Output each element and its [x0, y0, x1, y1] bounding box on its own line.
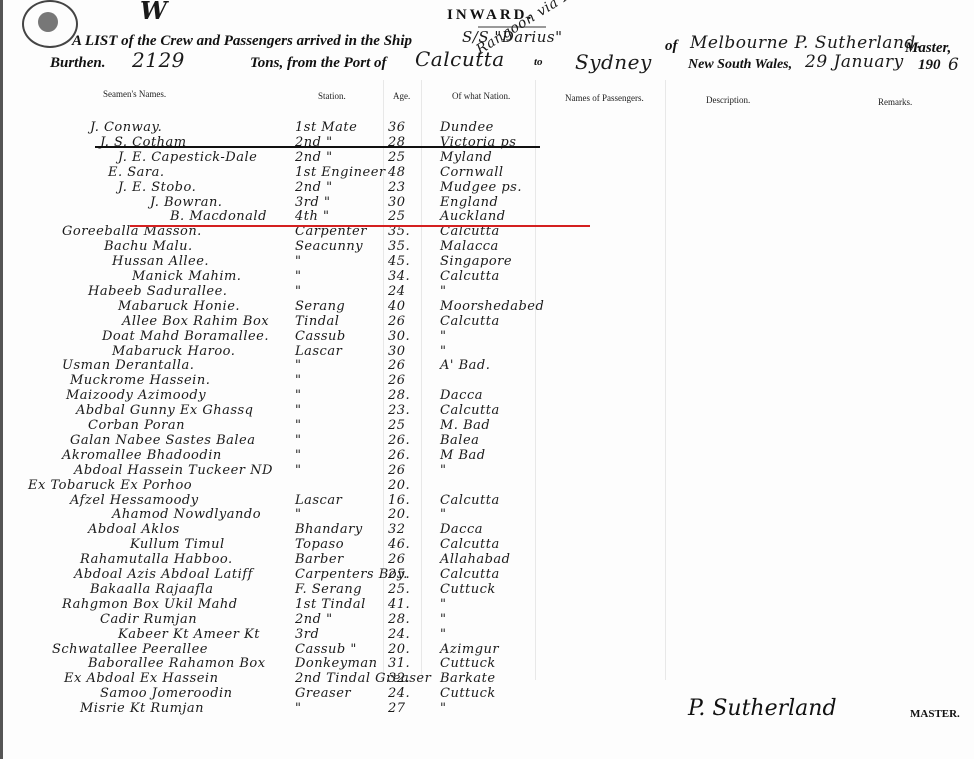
nation: Malacca	[440, 239, 499, 254]
handwritten-mark: W	[140, 0, 167, 25]
station: Tindal	[295, 314, 339, 329]
to-port: Sydney	[575, 50, 652, 74]
age: 30.	[388, 329, 410, 344]
seaman-name: Abdbal Gunny Ex Ghassq	[76, 403, 254, 418]
nation: Calcutta	[440, 537, 500, 552]
home-port: Melbourne P. Sutherland.	[690, 33, 922, 53]
table-row: Akromallee Bhadoodin"26.M Bad	[0, 448, 600, 464]
station: 2nd "	[295, 150, 333, 165]
age: 26	[388, 463, 406, 478]
seaman-name: Galan Nabee Sastes Balea	[70, 433, 255, 448]
station: 4th "	[295, 209, 329, 224]
age: 30	[388, 195, 406, 210]
year-suffix: 6	[948, 55, 959, 75]
col-passenger-names: Names of Passengers.	[565, 93, 644, 103]
age: 48	[388, 165, 406, 180]
station: 1st Engineer	[295, 165, 386, 180]
seaman-name: Abdoal Azis Abdoal Latiff	[74, 567, 253, 582]
column-divider	[665, 80, 666, 680]
table-row: E. Sara.1st Engineer48Cornwall	[0, 165, 600, 181]
table-row: Habeeb Sadurallee."24"	[0, 284, 600, 300]
seaman-name: Bakaalla Rajaafla	[90, 582, 213, 597]
col-station: Station.	[318, 91, 346, 101]
table-row: Abdbal Gunny Ex Ghassq"23.Calcutta	[0, 403, 600, 419]
station: Barber	[295, 552, 344, 567]
age: 32.	[388, 671, 410, 686]
age: 26.	[388, 448, 410, 463]
table-row: J. E. Stobo.2nd "23Mudgee ps.	[0, 180, 600, 196]
seaman-name: J. E. Stobo.	[118, 180, 196, 195]
col-description: Description.	[706, 95, 750, 105]
table-row: J. Bowran.3rd "30England	[0, 195, 600, 211]
nation: Dacca	[440, 388, 483, 403]
seaman-name: J. Conway.	[90, 120, 162, 135]
nation: Dundee	[440, 120, 494, 135]
station: "	[295, 701, 301, 716]
nation: Myland	[440, 150, 492, 165]
age: 20.	[388, 507, 410, 522]
of-label: of	[665, 38, 678, 55]
station: Carpenter	[295, 224, 367, 239]
nation: Mudgee ps.	[440, 180, 522, 195]
table-row: J. S. Cotham2nd "28Victoria ps	[0, 135, 600, 151]
station: "	[295, 448, 301, 463]
seaman-name: Rahgmon Box Ukil Mahd	[62, 597, 238, 612]
nation: Cuttuck	[440, 656, 496, 671]
station: "	[295, 254, 301, 269]
station: 3rd	[295, 627, 319, 642]
table-row: Mabaruck Haroo.Lascar30"	[0, 344, 600, 360]
table-row: J. Conway.1st Mate36Dundee	[0, 120, 600, 136]
age: 34.	[388, 269, 410, 284]
seaman-name: Doat Mahd Boramallee.	[102, 329, 269, 344]
nation: A' Bad.	[440, 358, 490, 373]
station: "	[295, 373, 301, 388]
seaman-name: Abdoal Hassein Tuckeer ND	[74, 463, 273, 478]
seaman-name: Corban Poran	[88, 418, 185, 433]
table-row: Ex Tobaruck Ex Porhoo20.	[0, 478, 600, 494]
age: 25.	[388, 567, 410, 582]
station: "	[295, 388, 301, 403]
burthen-value: 2129	[132, 48, 185, 72]
nation: Singapore	[440, 254, 512, 269]
age: 26	[388, 373, 406, 388]
nation: Calcutta	[440, 314, 500, 329]
table-row: Goreeballa Masson.Carpenter35.Calcutta	[0, 224, 600, 240]
seaman-name: Baborallee Rahamon Box	[88, 656, 266, 671]
age: 30	[388, 344, 406, 359]
nation: M. Bad	[440, 418, 490, 433]
age: 23	[388, 180, 406, 195]
table-row: Baborallee Rahamon BoxDonkeyman31.Cuttuc…	[0, 656, 600, 672]
age: 25	[388, 150, 406, 165]
table-row: Allee Box Rahim BoxTindal26Calcutta	[0, 314, 600, 330]
col-nation: Of what Nation.	[452, 91, 510, 101]
station: Bhandary	[295, 522, 363, 537]
nation: "	[440, 329, 446, 344]
strikethrough-line	[95, 146, 540, 148]
seaman-name: Afzel Hessamoody	[70, 493, 199, 508]
age: 41.	[388, 597, 410, 612]
nation: Calcutta	[440, 224, 500, 239]
master-label: Master,	[905, 40, 951, 57]
seaman-name: Kullum Timul	[130, 537, 225, 552]
seaman-name: Samoo Jomeroodin	[100, 686, 233, 701]
age: 35.	[388, 239, 410, 254]
station: "	[295, 433, 301, 448]
age: 45.	[388, 254, 410, 269]
age: 36	[388, 120, 406, 135]
age: 23.	[388, 403, 410, 418]
station: 3rd "	[295, 195, 330, 210]
table-row: Corban Poran"25M. Bad	[0, 418, 600, 434]
year-prefix: 190	[918, 57, 941, 74]
table-row: Schwatallee PeeralleeCassub "20.Azimgur	[0, 642, 600, 658]
table-row: Galan Nabee Sastes Balea"26.Balea	[0, 433, 600, 449]
table-row: J. E. Capestick-Dale2nd "25Myland	[0, 150, 600, 166]
col-remarks: Remarks.	[878, 97, 912, 107]
station: Cassub	[295, 329, 346, 344]
table-row: Mabaruck Honie.Serang40Moorshedabed	[0, 299, 600, 315]
nation: Cuttuck	[440, 582, 496, 597]
age: 25.	[388, 582, 410, 597]
age: 26	[388, 358, 406, 373]
tons-label: Tons, from the Port of	[250, 55, 387, 72]
col-age: Age.	[393, 91, 410, 101]
signature-label: MASTER.	[910, 708, 960, 720]
nation: Allahabad	[440, 552, 510, 567]
heading-line: A LIST of the Crew and Passengers arrive…	[72, 33, 412, 50]
station: "	[295, 463, 301, 478]
station: "	[295, 284, 301, 299]
nation: Moorshedabed	[440, 299, 544, 314]
age: 24.	[388, 686, 410, 701]
seaman-name: Maizoody Azimoody	[66, 388, 206, 403]
nation: "	[440, 612, 446, 627]
nation: M Bad	[440, 448, 486, 463]
table-row: Manick Mahim."34.Calcutta	[0, 269, 600, 285]
age: 35.	[388, 224, 410, 239]
nation: Cornwall	[440, 165, 504, 180]
station: 1st Mate	[295, 120, 357, 135]
nation: Cuttuck	[440, 686, 496, 701]
station: Cassub "	[295, 642, 357, 657]
nation: "	[440, 463, 446, 478]
station: 1st Tindal	[295, 597, 366, 612]
station: "	[295, 418, 301, 433]
seaman-name: Cadir Rumjan	[100, 612, 197, 627]
nation: Barkate	[440, 671, 496, 686]
nation: "	[440, 344, 446, 359]
seaman-name: Ex Abdoal Ex Hassein	[64, 671, 218, 686]
table-row: Doat Mahd Boramallee.Cassub30."	[0, 329, 600, 345]
age: 28.	[388, 388, 410, 403]
station: 2nd Tindal Greaser	[295, 671, 431, 686]
table-row: Ex Abdoal Ex Hassein2nd Tindal Greaser32…	[0, 671, 600, 687]
station: Topaso	[295, 537, 344, 552]
age: 26	[388, 552, 406, 567]
station: Lascar	[295, 493, 342, 508]
station: Lascar	[295, 344, 342, 359]
age: 26	[388, 314, 406, 329]
nation: "	[440, 284, 446, 299]
station: Donkeyman	[295, 656, 378, 671]
table-row: Hussan Allee."45.Singapore	[0, 254, 600, 270]
nation: Calcutta	[440, 493, 500, 508]
nation: "	[440, 507, 446, 522]
nation: Balea	[440, 433, 479, 448]
to-label: to	[534, 56, 543, 68]
age: 26.	[388, 433, 410, 448]
seaman-name: Habeeb Sadurallee.	[88, 284, 227, 299]
nation: "	[440, 597, 446, 612]
station: 2nd "	[295, 612, 333, 627]
station: "	[295, 269, 301, 284]
station: "	[295, 403, 301, 418]
seaman-name: Rahamutalla Habboo.	[80, 552, 233, 567]
seaman-name: Abdoal Aklos	[88, 522, 180, 537]
table-row: Kabeer Kt Ameer Kt3rd24."	[0, 627, 600, 643]
seaman-name: Bachu Malu.	[104, 239, 193, 254]
table-row: Muckrome Hassein."26	[0, 373, 600, 389]
table-row: Usman Derantalla."26A' Bad.	[0, 358, 600, 374]
seaman-name: Goreeballa Masson.	[62, 224, 202, 239]
table-row: Bachu Malu.Seacunny35.Malacca	[0, 239, 600, 255]
seaman-name: Ex Tobaruck Ex Porhoo	[28, 478, 192, 493]
seaman-name: Hussan Allee.	[112, 254, 209, 269]
age: 31.	[388, 656, 410, 671]
table-row: Abdoal AklosBhandary32Dacca	[0, 522, 600, 538]
seaman-name: Ahamod Nowdlyando	[112, 507, 261, 522]
table-row: Rahgmon Box Ukil Mahd1st Tindal41."	[0, 597, 600, 613]
seaman-name: Muckrome Hassein.	[70, 373, 210, 388]
station: "	[295, 358, 301, 373]
seaman-name: Kabeer Kt Ameer Kt	[118, 627, 260, 642]
arrival-date: 29 January	[805, 52, 904, 72]
nation: England	[440, 195, 498, 210]
col-seamens-names: Seamen's Names.	[103, 89, 166, 99]
table-row: Ahamod Nowdlyando"20."	[0, 507, 600, 523]
age: 24	[388, 284, 406, 299]
seaman-name: Mabaruck Honie.	[118, 299, 240, 314]
table-row: Bakaalla RajaaflaF. Serang25.Cuttuck	[0, 582, 600, 598]
master-signature: P. Sutherland	[688, 696, 837, 721]
age: 25	[388, 418, 406, 433]
age: 40	[388, 299, 406, 314]
station: Serang	[295, 299, 345, 314]
state-label: New South Wales,	[688, 57, 792, 73]
station: 2nd "	[295, 180, 333, 195]
nation: Calcutta	[440, 269, 500, 284]
table-row: Afzel HessamoodyLascar16.Calcutta	[0, 493, 600, 509]
nation: "	[440, 627, 446, 642]
age: 20.	[388, 642, 410, 657]
table-row: Kullum TimulTopaso46.Calcutta	[0, 537, 600, 553]
seaman-name: Misrie Kt Rumjan	[80, 701, 204, 716]
red-underline	[130, 225, 590, 227]
seaman-name: J. Bowran.	[150, 195, 222, 210]
age: 27	[388, 701, 406, 716]
table-row: Maizoody Azimoody"28.Dacca	[0, 388, 600, 404]
seaman-name: J. E. Capestick-Dale	[118, 150, 257, 165]
table-row: Abdoal Azis Abdoal LatiffCarpenters Boy.…	[0, 567, 600, 583]
nation: Auckland	[440, 209, 506, 224]
station: "	[295, 507, 301, 522]
seaman-name: Allee Box Rahim Box	[122, 314, 269, 329]
seaman-name: Akromallee Bhadoodin	[62, 448, 222, 463]
station: Greaser	[295, 686, 351, 701]
table-row: Samoo JomeroodinGreaser24.Cuttuck	[0, 686, 600, 702]
nation: Dacca	[440, 522, 483, 537]
seaman-name: Manick Mahim.	[132, 269, 241, 284]
burthen-label: Burthen.	[50, 55, 105, 72]
table-row: B. Macdonald4th "25Auckland	[0, 209, 600, 225]
age: 24.	[388, 627, 410, 642]
seaman-name: Mabaruck Haroo.	[112, 344, 235, 359]
age: 28.	[388, 612, 410, 627]
seaman-name: E. Sara.	[108, 165, 165, 180]
nation: "	[440, 701, 446, 716]
age: 25	[388, 209, 406, 224]
age: 32	[388, 522, 406, 537]
table-row: Abdoal Hassein Tuckeer ND"26"	[0, 463, 600, 479]
seaman-name: Usman Derantalla.	[62, 358, 194, 373]
nation: Calcutta	[440, 403, 500, 418]
age: 16.	[388, 493, 410, 508]
age: 46.	[388, 537, 410, 552]
seaman-name: B. Macdonald	[170, 209, 267, 224]
table-row: Misrie Kt Rumjan"27"	[0, 701, 600, 717]
nation: Azimgur	[440, 642, 499, 657]
station: F. Serang	[295, 582, 362, 597]
office-stamp-icon	[22, 0, 78, 48]
seaman-name: Schwatallee Peerallee	[52, 642, 208, 657]
age: 20.	[388, 478, 410, 493]
table-row: Rahamutalla Habboo.Barber26Allahabad	[0, 552, 600, 568]
nation: Calcutta	[440, 567, 500, 582]
station: Seacunny	[295, 239, 363, 254]
table-row: Cadir Rumjan2nd "28."	[0, 612, 600, 628]
